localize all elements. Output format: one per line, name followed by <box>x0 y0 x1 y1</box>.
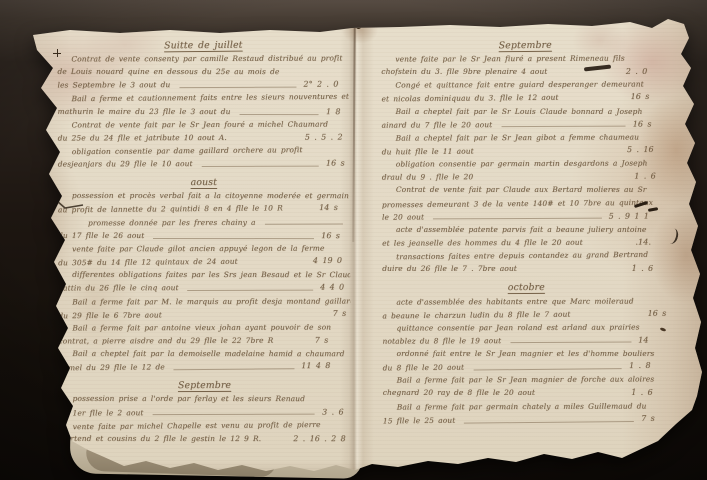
manuscript-line: acte d'assemblée des habitants entre que… <box>382 294 670 308</box>
entry-text: Bail a cheptel fait par le Sr Louis Clau… <box>381 106 642 118</box>
leader-dash-line <box>501 126 625 128</box>
section-heading-text: octobre <box>508 282 545 294</box>
entry-text: desjeanjars du 29 flle le 10 aout <box>58 158 193 170</box>
entry-text: acte d'assemblée patente parvis fait a b… <box>382 224 646 236</box>
section-heading: octobre <box>382 278 670 295</box>
entry-text: differentes obligations faites par les S… <box>58 269 350 281</box>
entry-text: acte d'assemblée des habitants entre que… <box>382 295 633 308</box>
manuscript-line: pattin du 26 flle le cinq aout4 4 0 <box>58 281 350 295</box>
entry-text: 15 flle le 25 aout <box>383 414 456 427</box>
entry-amount: 7 s <box>315 334 351 346</box>
manuscript-line: quittance consentie par Jean roland est … <box>382 320 670 334</box>
entry-text: le 20 aout <box>382 211 424 223</box>
manuscript-line: ainard du 7 flle le 20 aout16 s <box>382 117 670 131</box>
entry-text: vente faite par le Sr Jean fiuré a prese… <box>381 53 625 66</box>
manuscript-line: Bail a ferme fait par M. le marquis au p… <box>58 294 350 308</box>
entry-amount: 1 . 8 <box>629 360 671 372</box>
leader-dash-line <box>202 165 319 166</box>
leader-dash-line <box>153 237 314 238</box>
entry-amount: 16 s <box>633 118 670 130</box>
entry-amount: 2 . 0 <box>626 66 670 78</box>
entry-text: Bail a ferme et cautionnement faits entr… <box>57 91 349 106</box>
entry-text: hamel du 29 flle le 12 de <box>58 362 164 375</box>
manuscript-spread: Suitte de juilletContrat de vente consen… <box>0 0 707 480</box>
entry-text: martend et cousins du 2 flle le gestin l… <box>59 433 262 445</box>
entry-text: possession prise a l'orde par ferlay et … <box>59 393 305 405</box>
manuscript-line: mathurin le maire du 23 flle le 3 aout d… <box>58 104 350 117</box>
manuscript-line: Bail a ferme fait par antoine vieux joha… <box>58 320 350 334</box>
manuscript-line: et nicolas dominiquau du 3. flle le 12 a… <box>381 90 669 106</box>
manuscript-line: Contrat de vente fait par le Sr Jean fou… <box>58 117 350 131</box>
entry-text: vente faite par michel Chapelle est venu… <box>59 419 321 433</box>
manuscript-line: Contrat de vente fait par Claude aux Ber… <box>382 183 670 196</box>
manuscript-line: duire du 26 flle le 7 . 7bre aout1 . 6 <box>382 262 670 275</box>
entry-text: Contrat de vente fait par le Sr Jean fou… <box>58 118 328 131</box>
leader-dash-line <box>239 113 318 114</box>
section-heading: aoust <box>58 173 350 190</box>
entry-amount: 1 . 6 <box>634 171 670 183</box>
entry-amount: 14 <box>638 334 670 346</box>
manuscript-line: obligation consentie par germain martin … <box>382 156 670 170</box>
entry-text: Bail a ferme fait par M. le marquis au p… <box>58 295 350 308</box>
entry-text: ainard du 7 flle le 20 aout <box>382 119 493 131</box>
manuscript-line: vente faite par michel Chapelle est venu… <box>59 417 351 433</box>
entry-amount: 1 8 <box>326 106 350 118</box>
entry-text: chofstein du 3. flle 9bre plenaire 4 aou… <box>381 66 547 78</box>
entry-text: mathurin le maire du 23 flle le 3 aout d… <box>58 106 231 118</box>
manuscript-line: hamel du 29 flle le 12 de11 4 8 <box>58 359 350 375</box>
section-heading-text: Septembre <box>499 40 552 53</box>
manuscript-line: acte d'assemblée patente parvis fait a b… <box>382 223 670 236</box>
leader-dash-line <box>179 87 296 88</box>
section-heading: Septembre <box>58 376 350 393</box>
entry-amount: 11 4 8 <box>301 360 350 372</box>
manuscript-line: Bail a ferme fait par le Sr Jean magnier… <box>383 373 671 387</box>
right-page: Septembrevente faite par le Sr Jean fiur… <box>381 32 671 426</box>
leader-dash-line <box>152 414 315 416</box>
leader-dash-line <box>464 420 634 423</box>
manuscript-line: notablez du 8 flle le 19 aout14 <box>382 333 670 347</box>
manuscript-line: du 1er flle le 2 aout3 . 6 <box>59 405 351 419</box>
manuscript-line: martend et cousins du 2 flle le gestin l… <box>59 432 351 445</box>
manuscript-line: desjeanjars du 29 flle le 10 aout16 s <box>58 157 350 171</box>
entry-amount: 14 s <box>319 202 350 214</box>
section-heading-text: Septembre <box>178 380 231 392</box>
entry-text: du 1er flle le 2 aout <box>59 407 144 419</box>
entry-amount: 4 19 0 <box>313 255 350 267</box>
fold-top-notch <box>355 19 362 29</box>
entry-text: du 25e du 24 flle et jatribute 10 aout A… <box>58 132 227 145</box>
leader-dash-line <box>174 368 294 370</box>
entry-amount: 1 . 6 <box>632 263 671 275</box>
entry-amount: 5 . 9 1 1 <box>609 210 670 222</box>
manuscript-line: vente faite par le Sr Jean fiuré a prese… <box>381 51 669 65</box>
entry-text: chegnard 20 ray de 8 flle le 20 aout <box>383 388 535 400</box>
leader-dash-line <box>473 368 622 370</box>
leader-dash-line <box>510 342 631 344</box>
entry-text: de Louis nouard quine en dessous du 25e … <box>57 66 279 78</box>
center-fold-crease <box>352 27 355 242</box>
entry-amount: 16 s <box>647 307 670 319</box>
entry-amount: 7 s <box>641 412 671 424</box>
entry-text: quittance consentie par Jean roland est … <box>382 321 639 334</box>
entry-amount: 1 . 6 <box>631 388 671 400</box>
manuscript-line: le 20 aout5 . 9 1 1 <box>382 209 670 223</box>
entry-text: Contrat de vente fait par Claude aux Ber… <box>382 185 647 197</box>
section-heading-text: aoust <box>191 177 217 189</box>
manuscript-line: possession prise a l'orde par ferlay et … <box>59 392 351 405</box>
entry-text: pattin du 26 flle le cinq aout <box>58 282 178 294</box>
entry-amount: 5 . 16 <box>627 144 670 156</box>
entry-text: du 17 flle le 26 aout <box>58 230 144 242</box>
entry-text: Contrat de vente consenty par camille Re… <box>57 53 342 66</box>
paper-sheet: Suitte de juilletContrat de vente consen… <box>0 0 707 480</box>
entry-text: Bail a ferme fait par antoine vieux joha… <box>58 321 331 334</box>
entry-text: notablez du 8 flle le 19 aout <box>382 335 501 348</box>
entry-amount: 3 . 6 <box>322 406 351 418</box>
leader-dash-line <box>188 290 314 291</box>
entry-text: les Septembre le 3 aout du <box>57 80 170 92</box>
entry-amount: 16 s <box>631 91 670 103</box>
manuscript-line: de Louis nouard quine en dessous du 25e … <box>57 65 349 78</box>
manuscript-line: Bail a cheptel fait par le Sr Louis Clau… <box>381 105 669 118</box>
manuscript-line: chofstein du 3. flle 9bre plenaire 4 aou… <box>381 65 669 78</box>
manuscript-line: promesse donnée par les freres chainy a <box>58 215 350 229</box>
entry-text: duire du 26 flle le 7 . 7bre aout <box>382 263 517 275</box>
section-heading-text: Suitte de juillet <box>164 40 243 53</box>
manuscript-line: Bail a ferme et cautionnement faits entr… <box>57 90 349 106</box>
leader-dash-line <box>433 218 601 220</box>
entry-amount: 7 s <box>333 307 351 319</box>
left-page: Suitte de juilletContrat de vente consen… <box>57 32 350 445</box>
manuscript-line: Contrat de vente consenty par camille Re… <box>57 51 349 65</box>
entry-text: et nicolas dominiquau du 3. flle le 12 a… <box>381 92 558 106</box>
manuscript-line: contrat, a pierre aisdre and du 29 flle … <box>58 333 350 347</box>
margin-cross-mark <box>53 49 61 57</box>
entry-amount: 2 . 16 . 2 8 <box>293 433 350 445</box>
margin-zigzag-mark <box>44 198 86 218</box>
entry-amount: 16 s <box>326 158 350 170</box>
leader-dash-line <box>265 224 343 225</box>
photo-background: Suitte de juilletContrat de vente consen… <box>0 0 707 480</box>
manuscript-line: differentes obligations faites par les S… <box>58 268 350 281</box>
section-heading: Suitte de juillet <box>57 35 349 54</box>
entry-amount: 4 4 0 <box>320 282 350 294</box>
entry-amount: 16 s <box>321 230 350 242</box>
manuscript-line: 15 flle le 25 aout7 s <box>383 411 671 427</box>
entry-text: contrat, a pierre aisdre and du 29 flle … <box>58 335 273 348</box>
manuscript-line: chegnard 20 ray de 8 flle le 20 aout1 . … <box>383 386 671 399</box>
manuscript-line: draul du 9 . flle le 201 . 6 <box>382 170 670 184</box>
entry-text: promesse donnée par les freres chainy a <box>58 217 256 230</box>
manuscript-line: du 17 flle le 26 aout16 s <box>58 229 350 242</box>
